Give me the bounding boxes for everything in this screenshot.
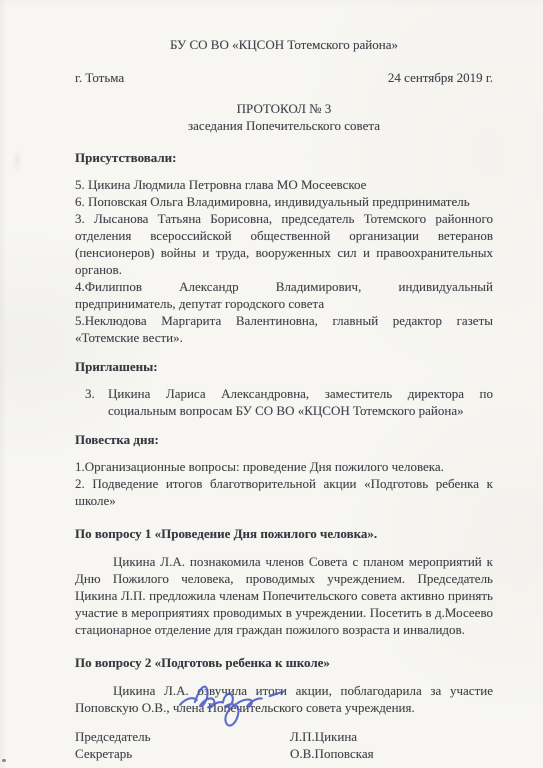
invited-heading: Приглашены: (75, 358, 493, 375)
document-content: БУ СО ВО «КЦСОН Тотемского района» г. То… (75, 36, 493, 762)
question1-heading: По вопросу 1 «Проведение Дня пожилого че… (75, 525, 493, 542)
signee-name: Л.П.Цикина (290, 728, 374, 745)
scanned-protocol-page: БУ СО ВО «КЦСОН Тотемского района» г. То… (0, 0, 543, 768)
doc-subtitle: заседания Попечительского совета (75, 117, 493, 134)
agenda-item: 2. Подведение итогов благотворительной а… (75, 475, 493, 509)
scan-smudge (12, 148, 22, 174)
agenda-item: 1.Организационные вопросы: проведение Дн… (75, 458, 493, 475)
scan-speck (2, 759, 6, 762)
invited-entry: 3. Цикина Лариса Александровна, заместит… (75, 385, 493, 419)
date: 24 сентября 2019 г. (388, 69, 493, 86)
agenda-list: 1.Организационные вопросы: проведение Дн… (75, 458, 493, 509)
question1-paragraph: Цикина Л.А. познакомила членов Совета с … (75, 553, 493, 638)
agenda-heading: Повестка дня: (75, 431, 493, 448)
attendees-list: 5. Цикина Людмила Петровна глава МО Мосе… (75, 176, 493, 346)
attendees-heading: Присутствовали: (75, 149, 493, 166)
signature-names: Л.П.ЦикинаО.В.Поповская (290, 728, 374, 762)
invited-text: Цикина Лариса Александровна, заместитель… (108, 385, 493, 419)
attendee-entry: 3. Лысанова Татьяна Борисовна, председат… (75, 210, 493, 278)
signee-name: О.В.Поповская (290, 745, 374, 762)
list-marker: 3. (85, 385, 95, 402)
attendee-entry: 6. Поповская Ольга Владимировна, индивид… (75, 193, 493, 210)
attendee-entry: 5.Неклюдова Маргарита Валентиновна, глав… (75, 312, 493, 346)
handwritten-signature-icon (174, 669, 295, 739)
attendee-entry: 4.Филиппов Александр Владимирович, индив… (75, 278, 493, 312)
attendee-entry: 5. Цикина Людмила Петровна глава МО Мосе… (75, 176, 493, 193)
doc-title: ПРОТОКОЛ № 3 (75, 100, 493, 117)
signature-role: Секретарь (75, 745, 290, 762)
org-header: БУ СО ВО «КЦСОН Тотемского района» (75, 36, 493, 53)
place-date-row: г. Тотьма 24 сентября 2019 г. (75, 69, 493, 86)
place: г. Тотьма (75, 69, 124, 86)
